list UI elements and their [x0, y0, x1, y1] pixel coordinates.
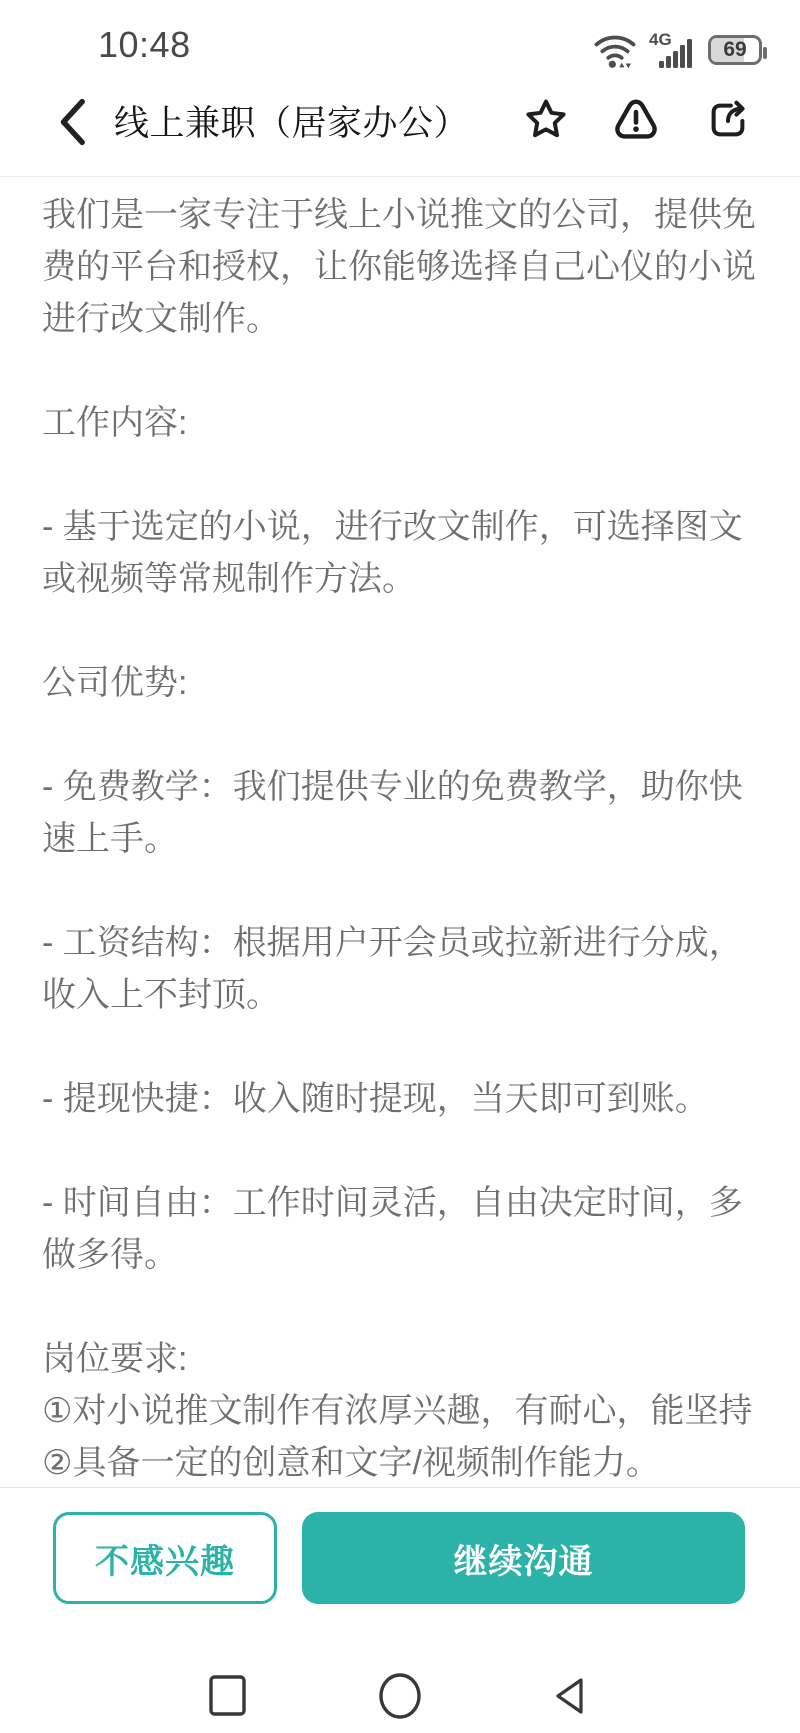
text-line: - 免费教学：我们提供专业的免费教学，助你快 [42, 761, 764, 813]
text-line: 我们是一家专注于线上小说推文的公司，提供免 [42, 189, 764, 241]
recents-square-icon [206, 1673, 250, 1719]
paragraph: 公司优势: [42, 657, 764, 709]
home-button[interactable] [376, 1670, 424, 1722]
bottom-action-bar: 不感兴趣 继续沟通 [0, 1487, 800, 1626]
text-line: 岗位要求: [42, 1333, 764, 1385]
wifi-icon [592, 30, 638, 70]
text-line: - 工资结构：根据用户开会员或拉新进行分成， [42, 917, 764, 969]
android-nav-bar [0, 1626, 800, 1733]
back-triangle-icon [547, 1673, 593, 1719]
text-line: 费的平台和授权，让你能够选择自己心仪的小说 [42, 241, 764, 293]
paragraph: - 基于选定的小说，进行改文制作，可选择图文或视频等常规制作方法。 [42, 501, 764, 605]
text-line: - 时间自由：工作时间灵活，自由决定时间，多 [42, 1177, 764, 1229]
paragraph: - 时间自由：工作时间灵活，自由决定时间，多做多得。 [42, 1177, 764, 1281]
back-chevron-icon [55, 96, 89, 148]
text-line: - 提现快捷：收入随时提现，当天即可到账。 [42, 1073, 764, 1125]
network-type-label: 4G [649, 30, 672, 49]
job-description-scroll[interactable]: 我们是一家专注于线上小说推文的公司，提供免费的平台和授权，让你能够选择自己心仪的… [0, 176, 800, 1486]
phone-screen: 10:48 4G [0, 0, 800, 1733]
text-line: 工作内容: [42, 397, 764, 449]
text-line: 收入上不封顶。 [42, 969, 764, 1021]
star-icon [522, 96, 570, 144]
text-line: ①对小说推文制作有浓厚兴趣，有耐心，能坚持 [42, 1385, 764, 1437]
clock-time: 10:48 [98, 24, 191, 66]
paragraph: - 提现快捷：收入随时提现，当天即可到账。 [42, 1073, 764, 1125]
text-line: 公司优势: [42, 657, 764, 709]
continue-chat-button[interactable]: 继续沟通 [302, 1512, 745, 1604]
text-line: 或视频等常规制作方法。 [42, 553, 764, 605]
favorite-button[interactable] [520, 88, 572, 152]
paragraph: - 免费教学：我们提供专业的免费教学，助你快速上手。 [42, 761, 764, 865]
status-indicators: 4G 69 [592, 30, 762, 70]
back-button[interactable] [50, 90, 94, 154]
text-line: - 基于选定的小说，进行改文制作，可选择图文 [42, 501, 764, 553]
title-bar: 线上兼职（居家办公） [0, 82, 800, 176]
share-icon [705, 97, 751, 143]
back-nav-button[interactable] [546, 1670, 594, 1722]
status-bar: 10:48 4G [0, 0, 800, 82]
report-button[interactable] [610, 88, 662, 152]
signal-bars-icon: 4G [648, 30, 698, 70]
share-button[interactable] [702, 88, 754, 152]
battery-icon: 69 [708, 35, 762, 65]
recents-button[interactable] [204, 1670, 252, 1722]
battery-percent-text: 69 [723, 38, 746, 62]
text-line: 做多得。 [42, 1229, 764, 1281]
paragraph: 工作内容: [42, 397, 764, 449]
paragraph: 我们是一家专注于线上小说推文的公司，提供免费的平台和授权，让你能够选择自己心仪的… [42, 189, 764, 345]
paragraph: - 工资结构：根据用户开会员或拉新进行分成，收入上不封顶。 [42, 917, 764, 1021]
warning-report-icon [611, 95, 661, 145]
text-line: 速上手。 [42, 813, 764, 865]
page-title: 线上兼职（居家办公） [114, 96, 469, 146]
text-line: 进行改文制作。 [42, 293, 764, 345]
paragraph: 岗位要求:①对小说推文制作有浓厚兴趣，有耐心，能坚持②具备一定的创意和文字/视频… [42, 1333, 764, 1486]
battery-nub [763, 47, 767, 59]
home-circle-icon [377, 1672, 423, 1720]
text-line: ②具备一定的创意和文字/视频制作能力。 [42, 1437, 764, 1486]
not-interested-button[interactable]: 不感兴趣 [53, 1512, 277, 1604]
